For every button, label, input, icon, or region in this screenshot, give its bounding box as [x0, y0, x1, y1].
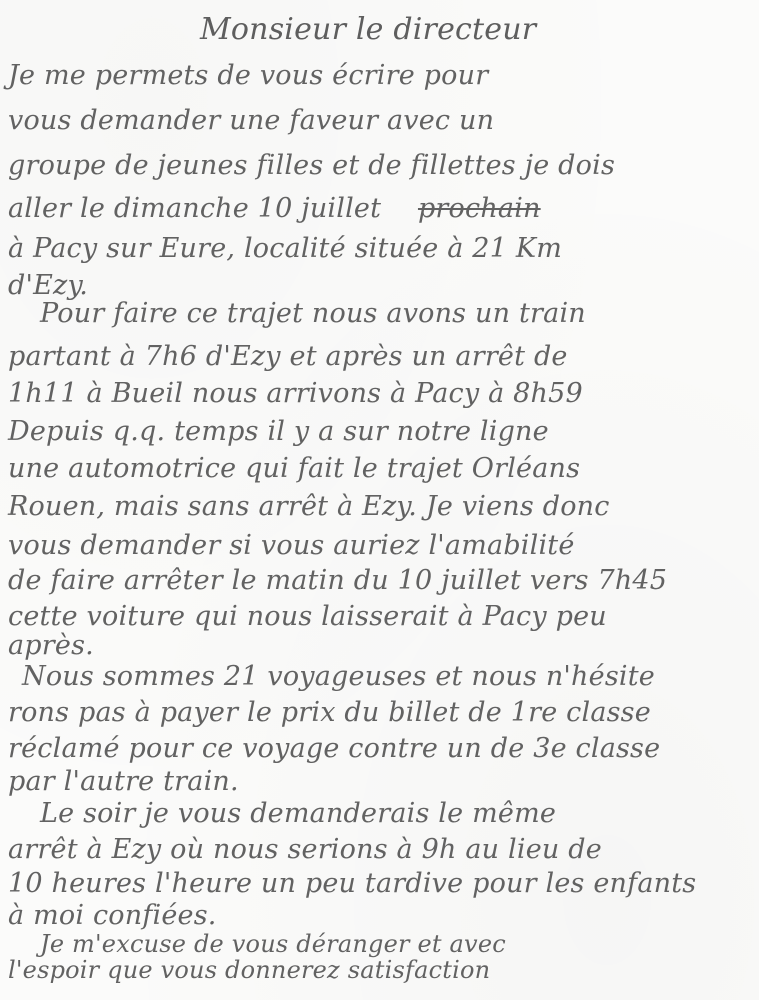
letter-line-15: cette voiture qui nous laisserait à Pacy… [8, 603, 607, 630]
letter-line-4-text: aller le dimanche 10 juillet [8, 193, 381, 224]
letter-line-7: Pour faire ce trajet nous avons un train [40, 300, 586, 327]
struck-word: prochain [418, 193, 541, 224]
salutation: Monsieur le directeur [200, 12, 536, 47]
letter-line-23: 10 heures l'heure un peu tardive pour le… [8, 870, 696, 897]
letter-line-3: groupe de jeunes filles et de fillettes … [8, 152, 615, 179]
letter-line-12: Rouen, mais sans arrêt à Ezy. Je viens d… [8, 493, 610, 520]
letter-line-26: l'espoir que vous donnerez satisfaction [8, 958, 490, 982]
letter-line-20: par l'autre train. [8, 768, 239, 795]
letter-line-17: Nous sommes 21 voyageuses et nous n'hési… [22, 663, 655, 690]
letter-line-11: une automotrice qui fait le trajet Orléa… [8, 455, 580, 482]
letter-line-4: aller le dimanche 10 juillet prochain [8, 195, 541, 222]
letter-line-16: après. [8, 632, 94, 659]
closing-word: respectueux [478, 960, 617, 985]
letter-line-9: 1h11 à Bueil nous arrivons à Pacy à 8h59 [8, 380, 583, 407]
letter-line-21: Le soir je vous demanderais le même [40, 800, 556, 827]
letter-line-6: d'Ezy. [8, 272, 88, 299]
letter-line-24: à moi confiées. [8, 902, 217, 929]
letter-line-2: vous demander une faveur avec un [8, 107, 494, 134]
letter-line-8: partant à 7h6 d'Ezy et après un arrêt de [8, 343, 568, 370]
letter-line-25: Je m'excuse de vous déranger et avec [40, 932, 506, 956]
signature-initials: C. D. [646, 956, 711, 986]
letter-line-19: réclamé pour ce voyage contre un de 3e c… [8, 735, 660, 762]
letter-line-1: Je me permets de vous écrire pour [8, 62, 488, 89]
letter-line-14: de faire arrêter le matin du 10 juillet … [8, 567, 667, 594]
letter-line-5: à Pacy sur Eure, localité située à 21 Km [8, 235, 562, 262]
letter-page: Monsieur le directeur Je me permets de v… [0, 0, 759, 1000]
letter-line-13: vous demander si vous auriez l'amabilité [8, 532, 575, 559]
letter-line-10: Depuis q.q. temps il y a sur notre ligne [8, 418, 549, 445]
letter-line-18: rons pas à payer le prix du billet de 1r… [8, 699, 651, 726]
letter-line-22: arrêt à Ezy où nous serions à 9h au lieu… [8, 836, 602, 863]
